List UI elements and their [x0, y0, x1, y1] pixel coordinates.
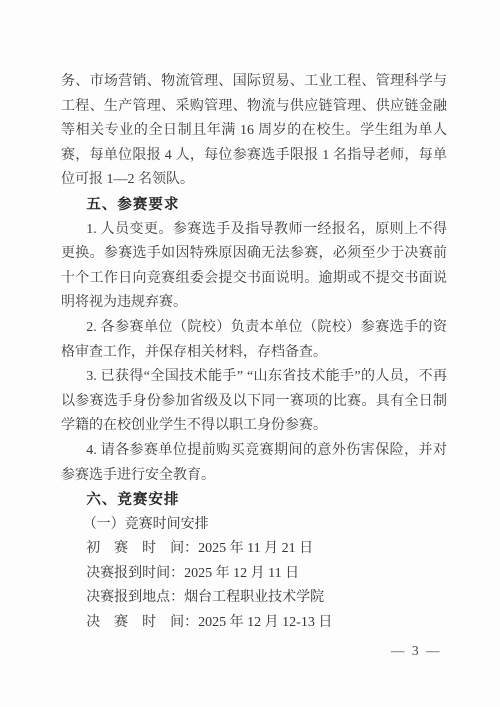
schedule-line-preliminary-time: 初 赛 时 间：2025 年 11 月 21 日	[61, 537, 447, 562]
section5-item-technical-expert-restriction: 3. 已获得“全国技术能手” “山东省技术能手”的人员，不再以参赛选手身份参加省…	[61, 365, 447, 439]
section5-item-personnel-change: 1. 人员变更。参赛选手及指导教师一经报名，原则上不得更换。参赛选手如因特殊原因…	[61, 218, 447, 316]
section6-subheading-time-arrangement: （一）竞赛时间安排	[61, 513, 447, 538]
paragraph-eligibility-continuation: 务、市场营销、物流管理、国际贸易、工业工程、管理科学与工程、生产管理、采购管理、…	[61, 70, 447, 193]
section6-heading: 六、竞赛安排	[61, 488, 447, 513]
document-page: 务、市场营销、物流管理、国际贸易、工业工程、管理科学与工程、生产管理、采购管理、…	[0, 0, 500, 707]
schedule-line-final-checkin-time: 决赛报到时间：2025 年 12 月 11 日	[61, 562, 447, 587]
schedule-line-final-time: 决 赛 时 间：2025 年 12 月 12-13 日	[61, 611, 447, 636]
page-number: — 3 —	[391, 643, 442, 659]
document-body: 务、市场营销、物流管理、国际贸易、工业工程、管理科学与工程、生产管理、采购管理、…	[61, 70, 447, 636]
section5-item-insurance: 4. 请各参赛单位提前购买竞赛期间的意外伤害保险，并对参赛选手进行安全教育。	[61, 439, 447, 488]
section5-heading: 五、参赛要求	[61, 193, 447, 218]
section5-item-qualification-review: 2. 各参赛单位（院校）负责本单位（院校）参赛选手的资格审查工作，并保存相关材料…	[61, 316, 447, 365]
schedule-line-final-checkin-location: 决赛报到地点：烟台工程职业技术学院	[61, 586, 447, 611]
